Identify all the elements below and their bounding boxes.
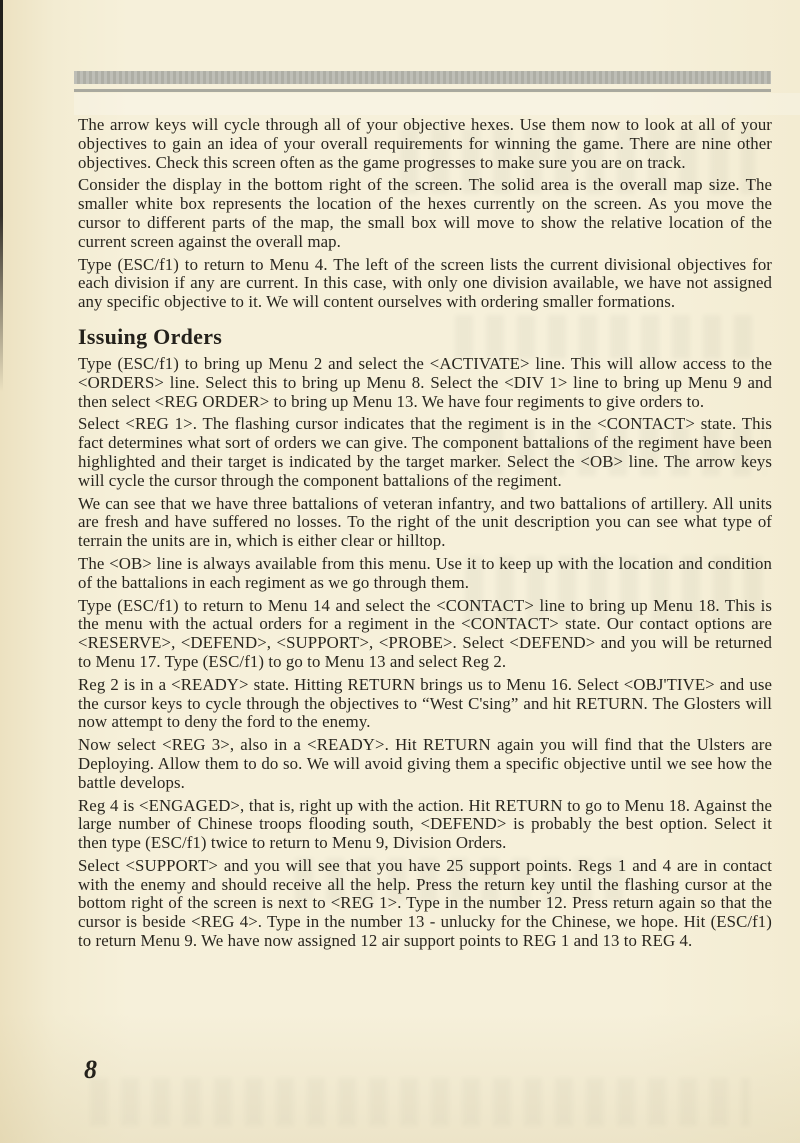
body-paragraph: Type (ESC/f1) to bring up Menu 2 and sel… xyxy=(78,355,772,411)
body-paragraph: Reg 4 is <ENGAGED>, that is, right up wi… xyxy=(78,797,772,853)
body-paragraph: Type (ESC/f1) to return to Menu 14 and s… xyxy=(78,597,772,672)
page-number: 8 xyxy=(84,1056,97,1084)
intro-paragraph: Type (ESC/f1) to return to Menu 4. The l… xyxy=(78,256,772,312)
body-paragraph: Select <SUPPORT> and you will see that y… xyxy=(78,857,772,951)
body-paragraph: We can see that we have three battalions… xyxy=(78,495,772,551)
intro-paragraph: Consider the display in the bottom right… xyxy=(78,176,772,251)
manual-page: The arrow keys will cycle through all of… xyxy=(0,0,800,1143)
intro-paragraph: The arrow keys will cycle through all of… xyxy=(78,116,772,172)
section-heading: Issuing Orders xyxy=(78,324,772,350)
page-content: The arrow keys will cycle through all of… xyxy=(78,116,772,951)
body-paragraph: Reg 2 is in a <READY> state. Hitting RET… xyxy=(78,676,772,732)
left-scan-edge xyxy=(0,0,3,392)
body-paragraph: The <OB> line is always available from t… xyxy=(78,555,772,593)
show-through-smudge xyxy=(90,1078,750,1126)
top-divider-rule xyxy=(74,89,771,92)
body-paragraph: Select <REG 1>. The flashing cursor indi… xyxy=(78,415,772,490)
body-paragraph: Now select <REG 3>, also in a <READY>. H… xyxy=(78,736,772,792)
header-light-band xyxy=(74,93,800,115)
top-divider-bar xyxy=(74,71,771,84)
